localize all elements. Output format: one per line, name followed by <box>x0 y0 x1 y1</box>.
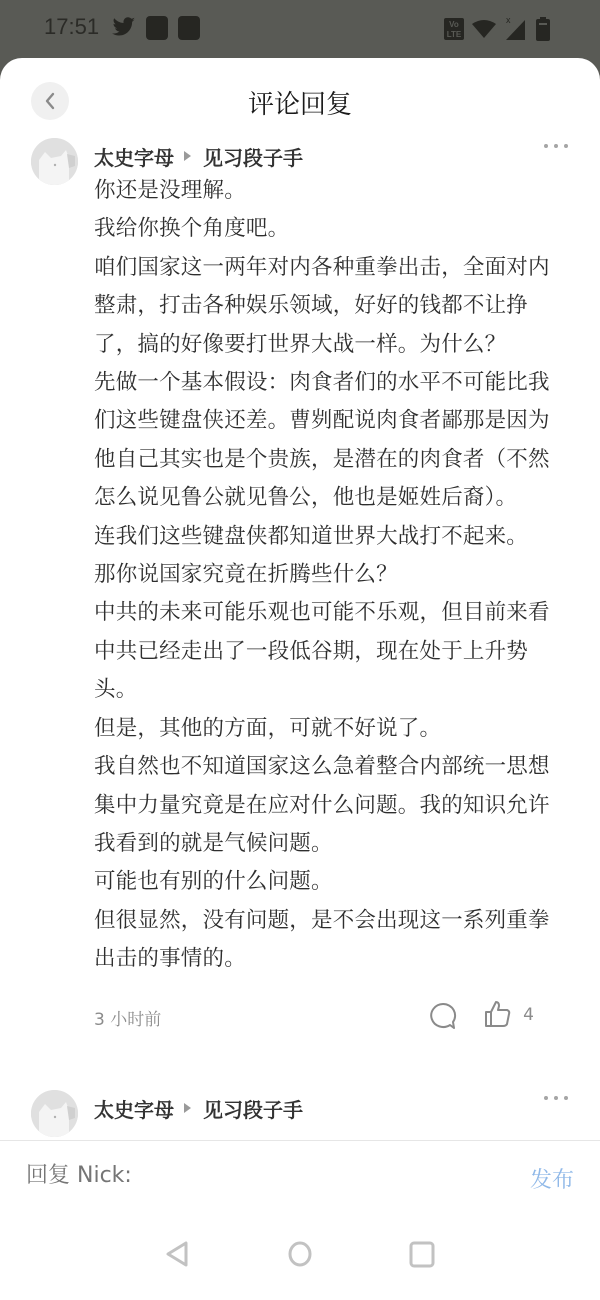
reply-to-name[interactable]: 见习段子手 <box>203 1094 303 1123</box>
comment-timestamp: 3 小时前 <box>94 1005 161 1030</box>
speech-bubble-icon <box>428 1001 458 1031</box>
status-time: 17:51 <box>44 14 99 40</box>
page-title: 评论回复 <box>0 84 600 121</box>
thumbs-up-icon <box>482 999 512 1029</box>
twitter-icon <box>112 17 136 41</box>
more-options-button[interactable] <box>544 144 568 148</box>
comment-item: 太史字母 见习段子手 你还是没理解。 我给你换个角度吧。 咱们国家这一两年对内各… <box>0 138 600 1051</box>
status-bar: 17:51 VoLTE x <box>0 0 600 58</box>
system-nav-bar <box>0 1210 600 1300</box>
dog-avatar-icon <box>31 138 78 185</box>
comment-body: 你还是没理解。 我给你换个角度吧。 咱们国家这一两年对内各种重拳出击，全面对内整… <box>94 172 570 979</box>
dot-icon <box>554 144 558 148</box>
dot-icon <box>564 144 568 148</box>
publish-button[interactable]: 发布 <box>530 1163 574 1194</box>
dot-icon <box>564 1096 568 1100</box>
comment-paragraph: 咱们国家这一两年对内各种重拳出击，全面对内整肃，打击各种娱乐领域，好好的钱都不让… <box>94 249 570 364</box>
comment-paragraph: 可能也有别的什么问题。 <box>94 863 570 901</box>
like-button[interactable] <box>482 999 512 1033</box>
comment-paragraph: 我自然也不知道国家这么急着整合内部统一思想集中力量究竟是在应对什么问题。我的知识… <box>94 748 570 863</box>
comment-meta: 3 小时前 4 <box>94 991 570 1051</box>
comment-paragraph: 连我们这些键盘侠都知道世界大战打不起来。 <box>94 518 570 556</box>
volte-icon: VoLTE <box>444 18 464 44</box>
author-name[interactable]: 太史字母 <box>94 1094 174 1123</box>
nav-recents-button[interactable] <box>408 1240 436 1272</box>
like-count: 4 <box>523 1005 534 1025</box>
avatar[interactable] <box>31 138 78 185</box>
comment-item: 太史字母 见习段子手 <box>0 1090 600 1124</box>
app-icon <box>146 16 168 40</box>
app-icon <box>178 16 200 40</box>
comment-paragraph: 你还是没理解。 <box>94 172 570 210</box>
comment-paragraph: 先做一个基本假设：肉食者们的水平不可能比我们这些键盘侠还差。曹刿配说肉食者鄙那是… <box>94 364 570 518</box>
battery-icon <box>536 17 550 45</box>
reply-arrow-icon <box>184 151 191 161</box>
svg-text:Vo: Vo <box>449 20 459 29</box>
more-options-button[interactable] <box>544 1096 568 1100</box>
comment-author-line: 太史字母 见习段子手 <box>94 138 570 172</box>
home-circle-icon <box>286 1240 314 1268</box>
comment-author-line: 太史字母 见习段子手 <box>94 1090 570 1124</box>
dot-icon <box>544 144 548 148</box>
comment-paragraph: 但很显然，没有问题，是不会出现这一系列重拳出击的事情的。 <box>94 902 570 979</box>
author-name[interactable]: 太史字母 <box>94 142 174 171</box>
avatar[interactable] <box>31 1090 78 1137</box>
comment-reply-sheet: 评论回复 太史字母 见习段子手 你还是没理解。 我给你换个角度吧。 咱们国家这一… <box>0 58 600 1300</box>
nav-home-button[interactable] <box>286 1240 314 1272</box>
reply-input[interactable] <box>26 1163 466 1188</box>
svg-text:LTE: LTE <box>447 30 462 39</box>
header: 评论回复 <box>0 58 600 144</box>
comment-paragraph: 但是，其他的方面，可就不好说了。 <box>94 710 570 748</box>
dot-icon <box>544 1096 548 1100</box>
comment-paragraph: 我给你换个角度吧。 <box>94 210 570 248</box>
reply-button[interactable] <box>428 1001 458 1035</box>
reply-arrow-icon <box>184 1103 191 1113</box>
dog-avatar-icon <box>31 1090 78 1137</box>
wifi-icon <box>472 20 496 42</box>
nav-back-button[interactable] <box>164 1240 192 1272</box>
back-triangle-icon <box>164 1240 192 1268</box>
reply-to-name[interactable]: 见习段子手 <box>203 142 303 171</box>
dot-icon <box>554 1096 558 1100</box>
recents-square-icon <box>408 1240 436 1268</box>
cell-signal-icon: x <box>504 14 526 44</box>
comment-paragraph: 中共的未来可能乐观也可能不乐观，但目前来看中共已经走出了一段低谷期，现在处于上升… <box>94 594 570 709</box>
comment-paragraph: 那你说国家究竟在折腾些什么？ <box>94 556 570 594</box>
svg-text:x: x <box>506 15 511 25</box>
